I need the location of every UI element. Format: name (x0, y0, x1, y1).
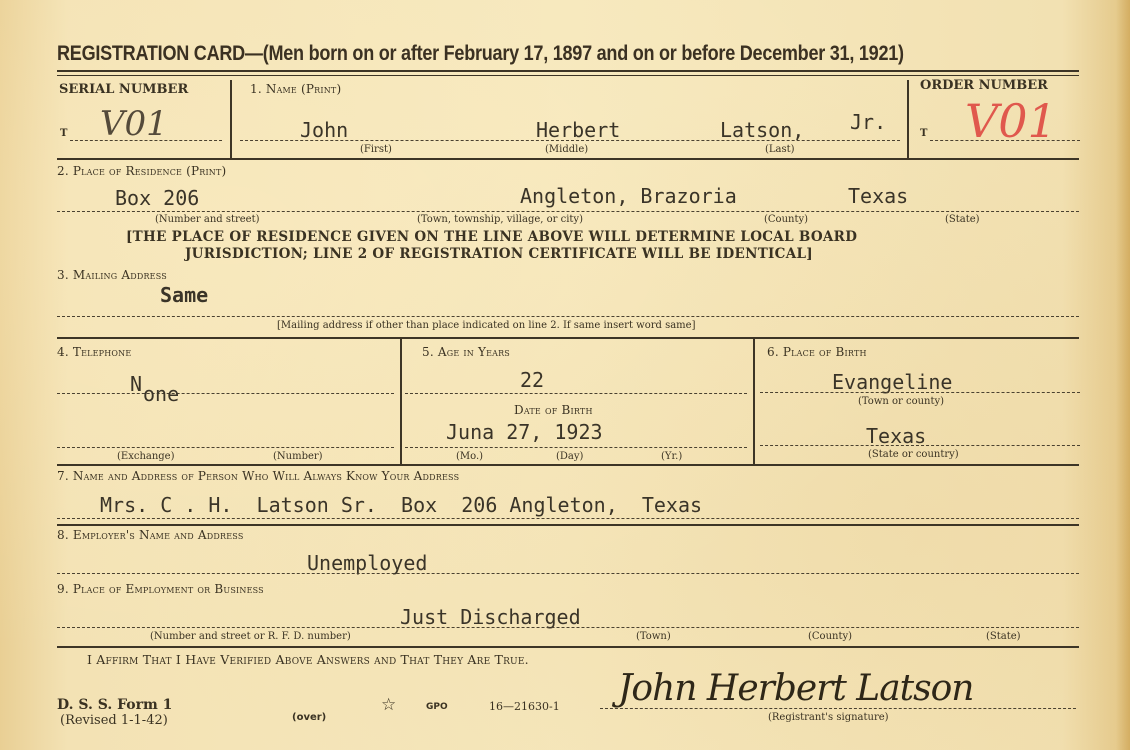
birthplace-label: 6. Place of Birth (767, 345, 867, 359)
section-rule (57, 337, 1079, 339)
mailing-caption: [Mailing address if other than place ind… (277, 320, 695, 331)
divider (230, 80, 232, 158)
serial-prefix: T (60, 128, 67, 139)
age-line (405, 393, 747, 394)
employment-street-caption: (Number and street or R. F. D. number) (150, 631, 351, 642)
print-code: 16—21630-1 (489, 700, 560, 713)
employment-place-line (57, 627, 1079, 628)
day-caption: (Day) (556, 451, 583, 462)
birthplace-town-caption: (Town or county) (858, 396, 944, 407)
divider (400, 339, 402, 464)
state-caption: (State) (945, 214, 980, 225)
residence-line (57, 211, 1079, 212)
employer-value: Unemployed (307, 551, 427, 575)
gpo-text: GPO (426, 702, 448, 712)
street-caption: (Number and street) (155, 214, 260, 225)
birthplace-state-line (760, 445, 1080, 446)
exchange-caption: (Exchange) (117, 451, 175, 462)
birthplace-town-line (760, 392, 1080, 393)
form-number: D. S. S. Form 1 (57, 697, 172, 713)
card-edge-stain (1116, 0, 1130, 750)
number-caption: (Number) (273, 451, 323, 462)
affirmation-text: I Affirm That I Have Verified Above Answ… (87, 652, 529, 667)
middle-name-value: Herbert (536, 118, 620, 142)
registration-card: REGISTRATION CARD—(Men born on or after … (0, 0, 1130, 750)
employment-place-value: Just Discharged (400, 605, 581, 629)
birthplace-town-value: Evangeline (832, 370, 952, 394)
section-rule (57, 646, 1079, 648)
section-rule (57, 524, 1079, 526)
order-number-label: ORDER NUMBER (920, 78, 1048, 93)
card-title: REGISTRATION CARD—(Men born on or after … (57, 42, 904, 66)
signature-line (600, 708, 1076, 709)
mo-caption: (Mo.) (456, 451, 483, 462)
section-rule (57, 464, 1079, 466)
divider (907, 80, 909, 158)
dob-label: Date of Birth (514, 403, 593, 417)
age-label: 5. Age in Years (422, 345, 510, 359)
last-caption: (Last) (765, 144, 795, 155)
age-value: 22 (520, 368, 544, 392)
title-rule-bottom (57, 75, 1079, 76)
telephone-line-2 (57, 447, 394, 448)
signature-caption: (Registrant's signature) (768, 712, 889, 723)
employment-county-caption: (County) (808, 631, 852, 642)
residence-notice-line1: [THE PLACE OF RESIDENCE GIVEN ON THE LIN… (126, 229, 857, 245)
yr-caption: (Yr.) (661, 451, 682, 462)
name-label: 1. Name (Print) (250, 82, 341, 96)
birthplace-state-caption: (State or country) (868, 449, 959, 460)
telephone-line (57, 393, 394, 394)
title-rule-top (57, 70, 1079, 72)
employer-line (57, 573, 1079, 574)
form-revised: (Revised 1-1-42) (60, 713, 168, 728)
residence-state-value: Texas (848, 184, 908, 208)
mailing-value: Same (160, 283, 208, 307)
order-number-value: V01 (965, 94, 1057, 148)
over-text: (over) (292, 712, 326, 723)
residence-label: 2. Place of Residence (Print) (57, 164, 226, 178)
registrant-signature: John Herbert Latson (618, 668, 973, 709)
serial-number-label: SERIAL NUMBER (59, 82, 188, 97)
first-name-value: John (300, 118, 348, 142)
divider (753, 339, 755, 464)
employment-place-label: 9. Place of Employment or Business (57, 582, 264, 596)
star-icon: ☆ (381, 695, 396, 715)
dob-line (405, 447, 747, 448)
employment-town-caption: (Town) (636, 631, 671, 642)
telephone-label: 4. Telephone (57, 345, 131, 359)
residence-city-county-value: Angleton, Brazoria (520, 184, 737, 208)
first-caption: (First) (360, 144, 392, 155)
employment-state-caption: (State) (986, 631, 1021, 642)
residence-notice-line2: JURISDICTION; LINE 2 OF REGISTRATION CER… (185, 246, 813, 262)
contact-label: 7. Name and Address of Person Who Will A… (57, 469, 459, 483)
contact-line (57, 518, 1079, 519)
dob-value: Juna 27, 1923 (446, 420, 603, 444)
county-caption: (County) (764, 214, 808, 225)
contact-value: Mrs. C . H. Latson Sr. Box 206 Angleton,… (100, 493, 702, 517)
section-rule (57, 158, 1079, 160)
mailing-line (57, 316, 1079, 317)
serial-number-value: V01 (100, 104, 168, 144)
town-caption: (Town, township, village, or city) (417, 214, 583, 225)
name-suffix-value: Jr. (850, 110, 886, 134)
last-name-value: Latson, (720, 118, 804, 142)
order-prefix: T (920, 128, 927, 139)
mailing-label: 3. Mailing Address (57, 268, 167, 282)
residence-street-value: Box 206 (115, 186, 199, 210)
middle-caption: (Middle) (545, 144, 588, 155)
telephone-value-rest: one (143, 382, 179, 406)
employer-label: 8. Employer's Name and Address (57, 528, 244, 542)
telephone-value-first: N (130, 372, 142, 396)
